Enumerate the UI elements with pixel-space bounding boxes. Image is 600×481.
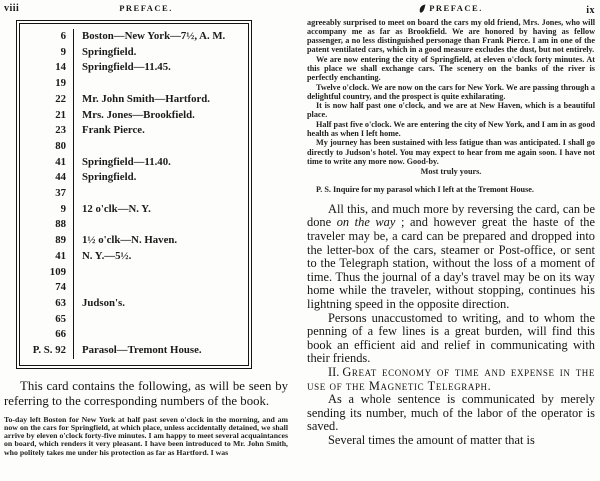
card-row-number: 14 [20,60,74,76]
journal-fine-print-right: agreeably surprised to meet on board the… [307,18,595,167]
card-row-text [74,76,85,92]
printer-ornament-icon [419,4,426,13]
section-number: II. [328,365,339,379]
card-row-text: Springfield—11.45. [74,60,171,76]
card-row: 74 [20,280,248,296]
card-row-number: 44 [20,170,74,186]
card-row-text: Judson's. [74,296,125,312]
card-row: 80 [20,139,248,155]
card-row: 9Springfield. [20,45,248,61]
card-row-number: 41 [20,155,74,171]
body-paragraph-1: All this, and much more by reversing the… [307,203,595,312]
card-row-text [74,265,85,281]
journal-paragraph: My journey has been sustained with less … [307,138,595,166]
card-row-number: 109 [20,265,74,281]
card-row-number: 22 [20,92,74,108]
journal-paragraph: Half past five o'clock. We are entering … [307,120,595,139]
card-row-number: 41 [20,249,74,265]
body-paragraph-2: Persons unaccustomed to writing, and to … [307,312,595,366]
card-row-text: 12 o'clk—N. Y. [74,202,151,218]
card-intro-paragraph: This card contains the following, as wil… [4,379,288,409]
card-row: 109 [20,265,248,281]
card-row-text [74,186,85,202]
card-row-number: 21 [20,108,74,124]
card-row-text: 1½ o'clk—N. Haven. [74,233,177,249]
body1-italic: on the way [337,215,396,229]
journal-paragraph: Twelve o'clock. We are now on the cars f… [307,83,595,102]
card-row-text [74,327,85,343]
card-row-text [74,217,85,233]
card-row-text: Mrs. Jones—Brookfield. [74,108,195,124]
card-row-text: N. Y.—5½. [74,249,131,265]
card-row-text [74,280,85,296]
card-row: 66 [20,327,248,343]
card-row-number: 6 [20,29,74,45]
card-row-number: 65 [20,312,74,328]
card-row-text: Boston—New York—7½, A. M. [74,29,225,45]
valediction: Most truly yours. [307,167,595,176]
card-row-text: Springfield. [74,45,136,61]
folio-left: viii [4,3,119,14]
card-row: 891½ o'clk—N. Haven. [20,233,248,249]
card-row: 14Springfield—11.45. [20,60,248,76]
card-row-number: 89 [20,233,74,249]
card-row: 41N. Y.—5½. [20,249,248,265]
page-ix: PREFACE. ix agreeably surprised to meet … [293,0,600,481]
card-row-number: 63 [20,296,74,312]
card-row: 23Frank Pierce. [20,123,248,139]
postscript-line: P. S. Inquire for my parasol which I lef… [307,185,595,194]
body-paragraph-3: As a whole sentence is communicated by m… [307,393,595,434]
card-row-text: Parasol—Tremont House. [74,343,202,359]
card-row: 88 [20,217,248,233]
card-row: 6Boston—New York—7½, A. M. [20,29,248,45]
card-row: 19 [20,76,248,92]
card-row-number: P. S. 92 [20,343,74,359]
section-title: Great economy of time and expense in the… [307,365,595,393]
page-viii: viii PREFACE. 6Boston—New York—7½, A. M.… [0,0,293,481]
book-spread: viii PREFACE. 6Boston—New York—7½, A. M.… [0,0,600,481]
card-row-text [74,139,85,155]
section-heading-ii: II.Great economy of time and expense in … [307,366,595,393]
journal-paragraph: We are now entering the city of Springfi… [307,55,595,83]
card-row: 44Springfield. [20,170,248,186]
card-row: P. S. 92Parasol—Tremont House. [20,343,248,359]
card-row-number: 66 [20,327,74,343]
folio-right: ix [483,5,595,16]
card-row-text: Springfield—11.40. [74,155,171,171]
card-row: 37 [20,186,248,202]
sentence-number-card: 6Boston—New York—7½, A. M.9Springfield.1… [19,23,249,366]
journal-paragraph: agreeably surprised to meet on board the… [307,18,595,55]
journal-fine-print-left: To-day left Boston for New York at half … [4,416,288,456]
body-paragraph-4: Several times the amount of matter that … [307,434,595,448]
journal-paragraph: It is now half past one o'clock, and we … [307,101,595,120]
card-row-number: 23 [20,123,74,139]
card-row-text: Springfield. [74,170,136,186]
card-row: 912 o'clk—N. Y. [20,202,248,218]
card-row: 41Springfield—11.40. [20,155,248,171]
running-head-left: PREFACE. [119,3,173,13]
running-header-right: PREFACE. ix [307,3,595,16]
card-row-number: 80 [20,139,74,155]
running-head-right: PREFACE. [429,3,483,13]
card-row-number: 9 [20,45,74,61]
card-row-text: Mr. John Smith—Hartford. [74,92,210,108]
card-row: 65 [20,312,248,328]
card-row-text: Frank Pierce. [74,123,145,139]
card-row-number: 9 [20,202,74,218]
running-header-left: viii PREFACE. [4,3,288,14]
card-row: 63Judson's. [20,296,248,312]
card-row-number: 74 [20,280,74,296]
card-row-number: 37 [20,186,74,202]
card-row-text [74,312,85,328]
card-row: 21Mrs. Jones—Brookfield. [20,108,248,124]
card-row: 22Mr. John Smith—Hartford. [20,92,248,108]
card-row-number: 88 [20,217,74,233]
body1-post: ; and however great the haste of the tra… [307,215,595,311]
card-row-number: 19 [20,76,74,92]
